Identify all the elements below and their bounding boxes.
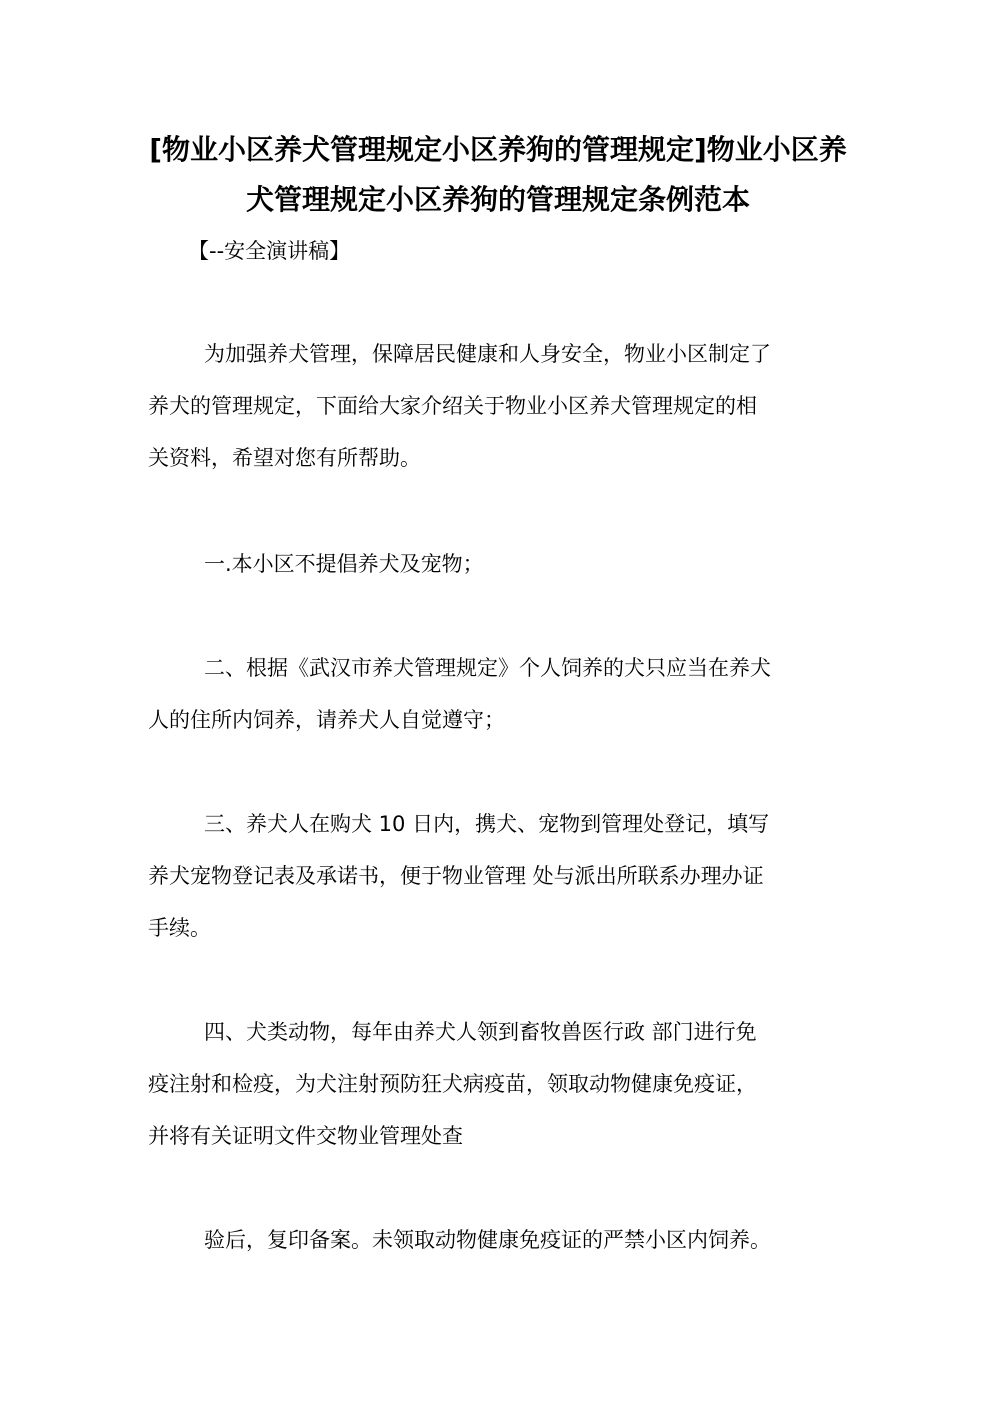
paragraph-line: 为加强养犬管理，保障居民健康和人身安全，物业小区制定了 [148, 328, 838, 380]
paragraph-line: 验后，复印备案。未领取动物健康免疫证的严禁小区内饲养。 [148, 1214, 838, 1266]
title-line-2: 犬管理规定小区养狗的管理规定条例范本 [148, 175, 848, 225]
rule-4-paragraph: 四、犬类动物，每年由养犬人领到畜牧兽医行政 部门进行免 疫注射和检疫，为犬注射预… [148, 1006, 838, 1162]
paragraph-line: 关资料，希望对您有所帮助。 [148, 432, 838, 484]
paragraph-line: 手续。 [148, 902, 838, 954]
paragraph-line: 并将有关证明文件交物业管理处查 [148, 1110, 838, 1162]
rule-4-continuation-paragraph: 验后，复印备案。未领取动物健康免疫证的严禁小区内饲养。 [148, 1214, 838, 1266]
rule-1-paragraph: 一.本小区不提倡养犬及宠物； [148, 538, 838, 590]
paragraph-line: 养犬宠物登记表及承诺书，便于物业管理 处与派出所联系办理办证 [148, 850, 838, 902]
document-page: [物业小区养犬管理规定小区养狗的管理规定]物业小区养 犬管理规定小区养狗的管理规… [0, 0, 993, 1404]
paragraph-line: 三、养犬人在购犬 10 日内，携犬、宠物到管理处登记，填写 [148, 798, 838, 850]
document-title: [物业小区养犬管理规定小区养狗的管理规定]物业小区养 犬管理规定小区养狗的管理规… [148, 125, 848, 225]
rule-3-paragraph: 三、养犬人在购犬 10 日内，携犬、宠物到管理处登记，填写 养犬宠物登记表及承诺… [148, 798, 838, 954]
title-line-1: [物业小区养犬管理规定小区养狗的管理规定]物业小区养 [148, 125, 848, 175]
paragraph-line: 养犬的管理规定，下面给大家介绍关于物业小区养犬管理规定的相 [148, 380, 838, 432]
paragraph-line: 二、根据《武汉市养犬管理规定》个人饲养的犬只应当在养犬 [148, 642, 838, 694]
intro-paragraph: 为加强养犬管理，保障居民健康和人身安全，物业小区制定了 养犬的管理规定，下面给大… [148, 328, 838, 484]
category-tag: 【--安全演讲稿】 [188, 236, 350, 266]
paragraph-line: 人的住所内饲养，请养犬人自觉遵守； [148, 694, 838, 746]
rule-2-paragraph: 二、根据《武汉市养犬管理规定》个人饲养的犬只应当在养犬 人的住所内饲养，请养犬人… [148, 642, 838, 746]
paragraph-line: 一.本小区不提倡养犬及宠物； [148, 538, 838, 590]
paragraph-line: 四、犬类动物，每年由养犬人领到畜牧兽医行政 部门进行免 [148, 1006, 838, 1058]
paragraph-line: 疫注射和检疫，为犬注射预防狂犬病疫苗，领取动物健康免疫证， [148, 1058, 838, 1110]
